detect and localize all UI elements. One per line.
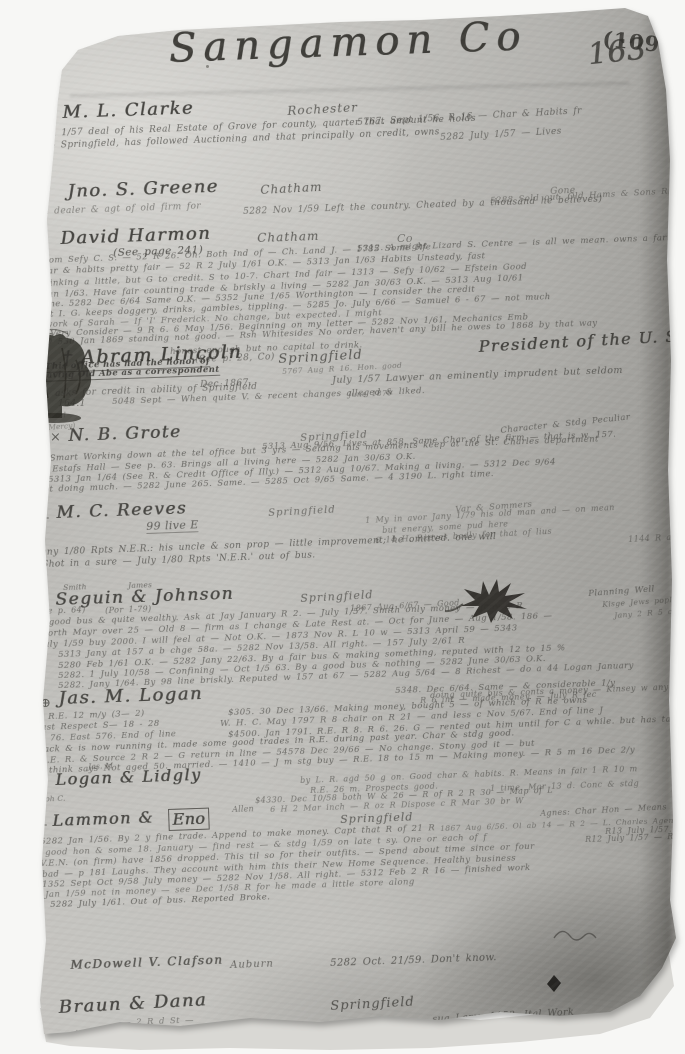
body-line: Planning Well bbox=[588, 584, 655, 599]
entry-name-logan: Jas. M. Logan bbox=[58, 683, 203, 709]
body-line: 5313 Jan 1/64 (See R. & Credit Office of… bbox=[48, 457, 556, 485]
body-line: 5282 Oct. 21/59. Don't know. bbox=[330, 952, 497, 969]
body-line: Jan 1/57 deal of his Real Estate of Grov… bbox=[40, 114, 476, 139]
small-note: Smith bbox=[63, 582, 87, 592]
entry-name-clarke: M. L. Clarke bbox=[62, 97, 194, 123]
ink-blot-small bbox=[544, 974, 564, 994]
body-line: $20 530 Jan 1869 standing not good. — Rs… bbox=[35, 318, 598, 348]
body-line: doing quite bus & conts a money — Kinsey… bbox=[430, 683, 669, 700]
paper-speck bbox=[206, 65, 209, 68]
body-line: 5767 Aug R 16. Hon. good bbox=[282, 361, 402, 376]
body-line: 5288 Sold out. Old Hams & Sons R. bbox=[490, 187, 671, 206]
entry-name-braun: Braun & Dana bbox=[58, 989, 208, 1018]
body-line: 1 think says Not aged 50. married. — 141… bbox=[38, 745, 635, 776]
body-line: R.E. R. & Source 2 R 2 — G return in lin… bbox=[40, 739, 535, 766]
body-line: not doing much. — 5282 June 265. Same. —… bbox=[38, 469, 494, 495]
entry-name-lincoln: † Abram Lincoln bbox=[62, 341, 242, 369]
body-line: 1 time. Mar 13 d. Conc & stdg bbox=[490, 779, 639, 793]
body-line: 6 H 2 Mar inch — R oz R Dispose c R Mar … bbox=[270, 796, 524, 814]
small-note: Joseph C. bbox=[28, 794, 66, 804]
body-line: Jan 1/63. Have fair counting trade & bri… bbox=[44, 273, 524, 300]
entry-location: Springfield bbox=[300, 429, 368, 444]
page-number: 163 bbox=[586, 32, 648, 73]
body-line: 5312. A might Lizard S. Centre — is all … bbox=[357, 233, 675, 254]
body-line: R13 July 1/57. O bbox=[605, 824, 684, 836]
body-line: 5282. 1 July 10/58 — Confining — Oct 1/5… bbox=[58, 654, 546, 681]
body-line: 1867 Aug 6/56. Ol ab 14 — R 2 — L. Charl… bbox=[440, 815, 685, 833]
margin-mark: 4 bbox=[28, 116, 35, 129]
clerk-annotation: This office has had the honor of bbox=[45, 356, 210, 373]
body-line: 5313 Jany at 157 a b chge 58a. — 5282 No… bbox=[58, 636, 465, 660]
pen-squiggle bbox=[552, 926, 602, 946]
body-line: 5282 Jan 1/56. By 2 y fine trade. Append… bbox=[40, 823, 435, 847]
body-line: Gone bbox=[550, 186, 576, 197]
body-line: R12 July 1/57 — R bbox=[585, 832, 674, 844]
body-line: 5767. Sept 1/56. R 16 — Char & Habits fr bbox=[357, 106, 582, 128]
body-line: Agnes: Char Hon — Means bbox=[540, 802, 667, 818]
body-line: Very Consider — 9 R 6. 6 May 1/56. Begin… bbox=[50, 312, 529, 339]
body-line: V.E.N. (on firm) have 1856 dropped. This… bbox=[40, 842, 535, 869]
lincoln-president-note: President of the U. States bbox=[478, 324, 685, 356]
body-line: 5282 July 1/57 — Lives bbox=[440, 127, 562, 143]
body-line: a dealer & agt of old firm for bbox=[43, 201, 201, 217]
body-line: interesting it about Abraham tool 64 bbox=[75, 1023, 257, 1039]
ledger-page: Sangamon Co(109)1634M. L. ClarkeRocheste… bbox=[0, 0, 685, 1054]
body-line: Shot in a sure — July 1/80 Rpts 'N.E.R.'… bbox=[42, 550, 316, 570]
entry-name-lammon: Lammon & bbox=[52, 807, 154, 830]
body-line: R.E. 26 m. Prospects good. bbox=[310, 782, 438, 795]
scanned-ledger-scene: Sangamon Co(109)1634M. L. ClarkeRocheste… bbox=[0, 0, 685, 1054]
paper-speck bbox=[68, 46, 71, 49]
body-line: Kisge Jews pople bbox=[602, 595, 677, 609]
page-title: Sangamon Co bbox=[168, 13, 528, 71]
body-line: a good bus & quite wealthy. Ask at Jay J… bbox=[38, 601, 523, 628]
body-line: Jany 2 R 5 c — bbox=[614, 606, 685, 620]
paper-speck bbox=[56, 59, 59, 62]
body-line: 5282 Nov 1/59 Left the country. Cheated … bbox=[243, 194, 603, 217]
entry-name-mcdowell: McDowell V. Clafson bbox=[70, 953, 224, 972]
body-line: Var & Sommers bbox=[455, 500, 533, 515]
entry-location: Rochester bbox=[287, 100, 358, 118]
entry-location: Springfield bbox=[330, 995, 415, 1014]
body-line: bad — p 181 Laughs. They account with hi… bbox=[42, 853, 516, 880]
body-line: $4330. Dec 10/58 both W & 26 — R of R 2 … bbox=[255, 786, 553, 805]
entry-location: Chatham bbox=[257, 229, 320, 245]
margin-note: Moved bbox=[40, 410, 66, 421]
body-line: of Estafs Hall — See p. 63. Brings all a… bbox=[38, 452, 416, 475]
fold-crease bbox=[70, 82, 630, 100]
body-line: $4500. Jan 1791. R.E. R 8. R 6. 26. G — … bbox=[228, 714, 685, 740]
margin-note: (Mercy) bbox=[45, 421, 76, 432]
entry-name-greene: Jno. S. Greene bbox=[67, 176, 219, 202]
body-line: 5282 July 1/61. Out of bus. Reported Bro… bbox=[50, 892, 271, 910]
margin-note: /3. 2° 2: bbox=[10, 646, 47, 658]
see-page-note: (See page 241) bbox=[113, 244, 203, 259]
body-line: 5282. Jany 1/64. By 98 line briskly. Rep… bbox=[58, 661, 634, 691]
entry-location: Springfield bbox=[268, 504, 336, 519]
body-line: Co bbox=[397, 232, 413, 245]
clerk-annotation: having Old Abe as a correspondent bbox=[40, 365, 220, 382]
margin-mark: + bbox=[40, 511, 50, 525]
body-line: back & is now running it. made some good… bbox=[38, 728, 515, 755]
body-line: June 1870 bbox=[348, 388, 392, 399]
body-line: by L. R. agd 50 g on. Good char & habits… bbox=[300, 764, 638, 785]
body-line: $305. 30 Dec 13/66. Making money, bought… bbox=[228, 695, 588, 718]
ledger-page-wrap: Sangamon Co(109)1634M. L. ClarkeRocheste… bbox=[0, 0, 685, 1054]
see-page-note: (Por 1-79) bbox=[105, 604, 152, 615]
body-line: July 1/59 buy 2000. I will feel at — Not… bbox=[40, 623, 518, 650]
see-page-note: (See p. 28, Co) bbox=[195, 352, 275, 365]
entry-name-reeves: M. C. Reeves bbox=[56, 498, 187, 523]
page-stamp: (109) bbox=[601, 26, 672, 58]
body-line: — 2 R d St — bbox=[122, 1015, 194, 1028]
body-line: 99 live E bbox=[146, 518, 199, 534]
body-line: asks for credit in ability of Springfiel… bbox=[55, 382, 258, 399]
entry-name-seguin: Seguin & Johnson bbox=[55, 584, 234, 610]
body-line: July 1/57 Lawyer an eminently imprudent … bbox=[332, 365, 623, 386]
body-line: 1352 Sept Oct 9/58 July money — 5282 Nov… bbox=[42, 863, 531, 890]
small-note: Jas. M bbox=[88, 761, 113, 771]
body-line: 6 14 H. Reeves badly for that of lius bbox=[375, 527, 552, 545]
see-page-note: (See p. 64) bbox=[33, 605, 86, 616]
body-line: last Respect S— 18 - 28 bbox=[38, 719, 160, 733]
body-line: From Sefy C. S. — 52 R 26. Oh. Both Ind … bbox=[38, 242, 431, 266]
entry-location: Springfield bbox=[300, 588, 374, 605]
body-line: Drinking a little, but G to credit. S to… bbox=[38, 262, 527, 289]
body-line: 5280 Feb 1/61 O.K. — 5282 Jany 22/63. By… bbox=[58, 643, 566, 671]
body-line: Char & habits pretty fair — 52 R 2 July … bbox=[35, 251, 486, 277]
body-line: R.E. 12 m/y (3— 2) bbox=[48, 709, 145, 722]
body-line: R 76. East 576. End of line bbox=[38, 729, 176, 744]
body-line: — Springfield, has followed Auctioning a… bbox=[46, 127, 440, 151]
body-line: North Mayr over 25 — Old 8 — firm as I c… bbox=[40, 611, 553, 639]
margin-mark: × bbox=[50, 430, 61, 445]
body-line: A Smart Working down at the tel office b… bbox=[38, 434, 599, 464]
body-line: Jan 1/59 not in money — see Dec 1/58 R f… bbox=[45, 877, 415, 900]
handwriting-layer: Sangamon Co(109)1634M. L. ClarkeRocheste… bbox=[0, 0, 685, 1054]
body-line: good hon & some 18. January — find rest … bbox=[45, 833, 487, 858]
entry-location: Springfield bbox=[340, 810, 414, 826]
ink-splatter bbox=[455, 573, 535, 623]
entry-name-harmon: David Harmon bbox=[60, 223, 212, 249]
entry-location: Auburn bbox=[230, 958, 274, 971]
body-line: 5348. Dec 6/64. Same — & considerable 1/… bbox=[395, 678, 616, 696]
entry-name-logan-lidgly: Logan & Lidgly bbox=[55, 765, 202, 789]
body-line: Character & Stdg Peculiar bbox=[500, 412, 631, 436]
body-line: Dec 1867. bbox=[200, 378, 252, 390]
body-line: honest enough but no capital to drink. bbox=[170, 340, 363, 357]
entry-name-eno: Eno bbox=[168, 808, 210, 831]
small-note: Allen bbox=[232, 804, 254, 814]
body-line: 164.1 bbox=[58, 399, 86, 409]
body-line: 1 My in avor Jany 1/79 his old man and —… bbox=[365, 503, 615, 525]
body-line: 5048 Sept — When quite V. & recent chang… bbox=[112, 386, 425, 407]
body-line: work of Sarah — If 'I' Frederick. No cha… bbox=[45, 308, 382, 330]
body-line: sua Lamp 1153. Ital Work bbox=[432, 1007, 574, 1025]
margin-mark: + bbox=[38, 818, 48, 832]
body-line: 1867 Aug 6/67 — Good. bbox=[350, 598, 463, 613]
right-edge-shadow bbox=[640, 0, 672, 1054]
entry-name-grote: N. B. Grote bbox=[68, 422, 182, 446]
body-line: but energy, some pud here bbox=[382, 519, 509, 535]
body-line: Same. 5282 Dec 6/64 Same O.K. — 5352 Jun… bbox=[35, 285, 475, 310]
body-line: but I. G. keeps doggery, drinks, gambles… bbox=[38, 292, 551, 320]
small-note: James bbox=[128, 580, 152, 590]
entry-location: Springfield bbox=[278, 348, 363, 367]
body-line: 1144 R av bbox=[628, 532, 677, 544]
body-line: Jany 1/80 Rpts N.E.R.: his uncle & son p… bbox=[37, 532, 497, 558]
body-line: W. H. C. May 1797 R 8 chair on R 21 — an… bbox=[220, 706, 603, 729]
entry-location: Chatham bbox=[260, 180, 323, 197]
margin-mark: ⊕ bbox=[40, 696, 51, 711]
body-line: 5313 Aug 9/56. Lives at 858. Same Char o… bbox=[262, 430, 616, 452]
body-line: R 6 int — made money. — July R fec bbox=[420, 690, 597, 705]
tree-ink-doodle bbox=[10, 326, 110, 426]
